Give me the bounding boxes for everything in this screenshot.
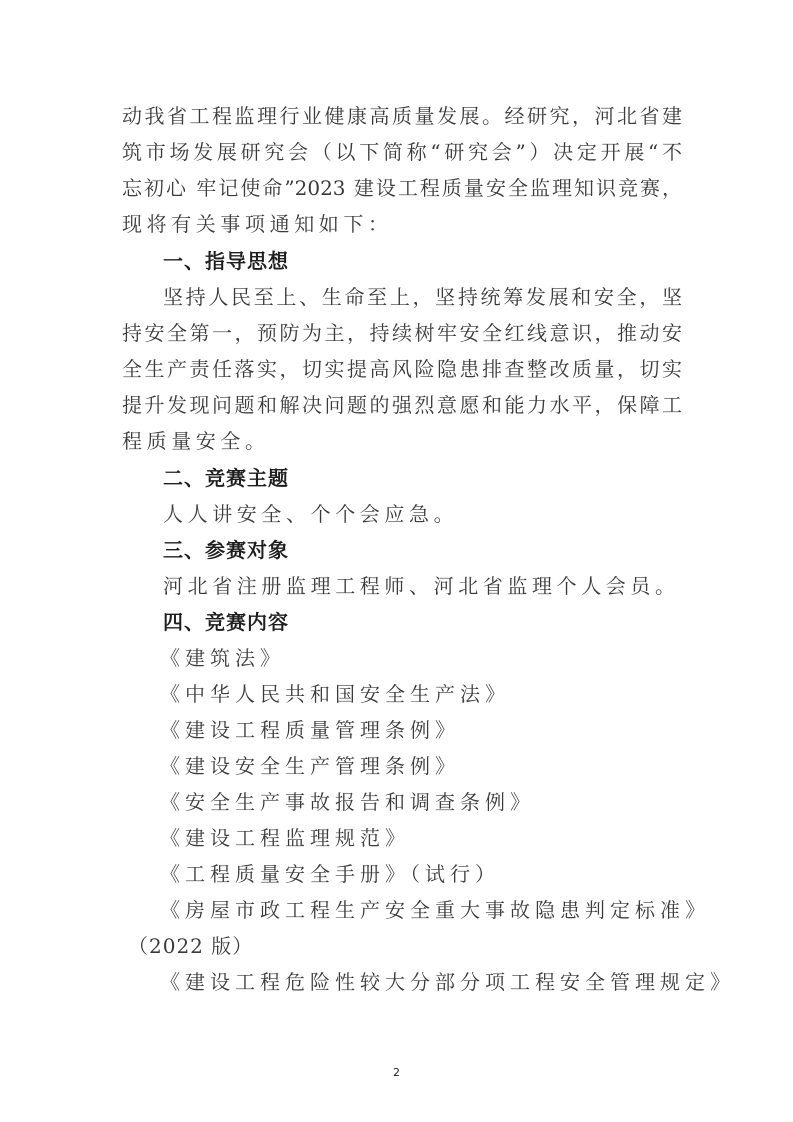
section-1-line-5: 程质量安全。	[122, 423, 682, 459]
intro-line-3: 忘初心 牢记使命”2023 建设工程质量安全监理知识竞赛，	[122, 170, 682, 206]
section-1-line-4: 提升发现问题和解决问题的强烈意愿和能力水平，保障工	[122, 387, 682, 423]
content-item: 《建设工程监理规范》	[160, 820, 720, 856]
section-2-body: 人人讲安全、个个会应急。	[163, 496, 723, 532]
section-heading-guiding-ideology: 一、指导思想	[163, 243, 723, 279]
section-heading-competition-content: 四、竞赛内容	[163, 604, 723, 640]
content-item: 《安全生产事故报告和调查条例》	[160, 784, 720, 820]
content-item: 《建设安全生产管理条例》	[160, 748, 720, 784]
section-heading-participants: 三、参赛对象	[163, 532, 723, 568]
content-item: 《中华人民共和国安全生产法》	[160, 676, 720, 712]
page-number: 2	[0, 1066, 793, 1079]
content-item: 《建设工程质量管理条例》	[160, 712, 720, 748]
document-page: 动我省工程监理行业健康高质量发展。经研究，河北省建 筑市场发展研究会（以下简称“…	[0, 0, 793, 1122]
section-1-line-2: 持安全第一，预防为主，持续树牢安全红线意识，推动安	[122, 315, 682, 351]
section-1-line-1: 坚持人民至上、生命至上，坚持统筹发展和安全，坚	[163, 279, 682, 315]
content-item: 《房屋市政工程生产安全重大事故隐患判定标准》	[160, 892, 682, 928]
intro-line-1: 动我省工程监理行业健康高质量发展。经研究，河北省建	[122, 98, 682, 134]
section-1-line-3: 全生产责任落实，切实提高风险隐患排查整改质量，切实	[122, 351, 682, 387]
intro-line-2: 筑市场发展研究会（以下简称“研究会”）决定开展“不	[122, 134, 682, 170]
content-item: 《建设工程危险性较大分部分项工程安全管理规定》	[160, 964, 682, 1000]
section-heading-competition-theme: 二、竞赛主题	[163, 460, 723, 496]
content-item: 《建筑法》	[160, 640, 720, 676]
content-item: 《工程质量安全手册》（试行）	[160, 856, 720, 892]
intro-line-4: 现将有关事项通知如下：	[122, 206, 682, 242]
content-item-continuation: （2022 版）	[128, 928, 688, 964]
section-3-body: 河北省注册监理工程师、河北省监理个人会员。	[163, 568, 723, 604]
